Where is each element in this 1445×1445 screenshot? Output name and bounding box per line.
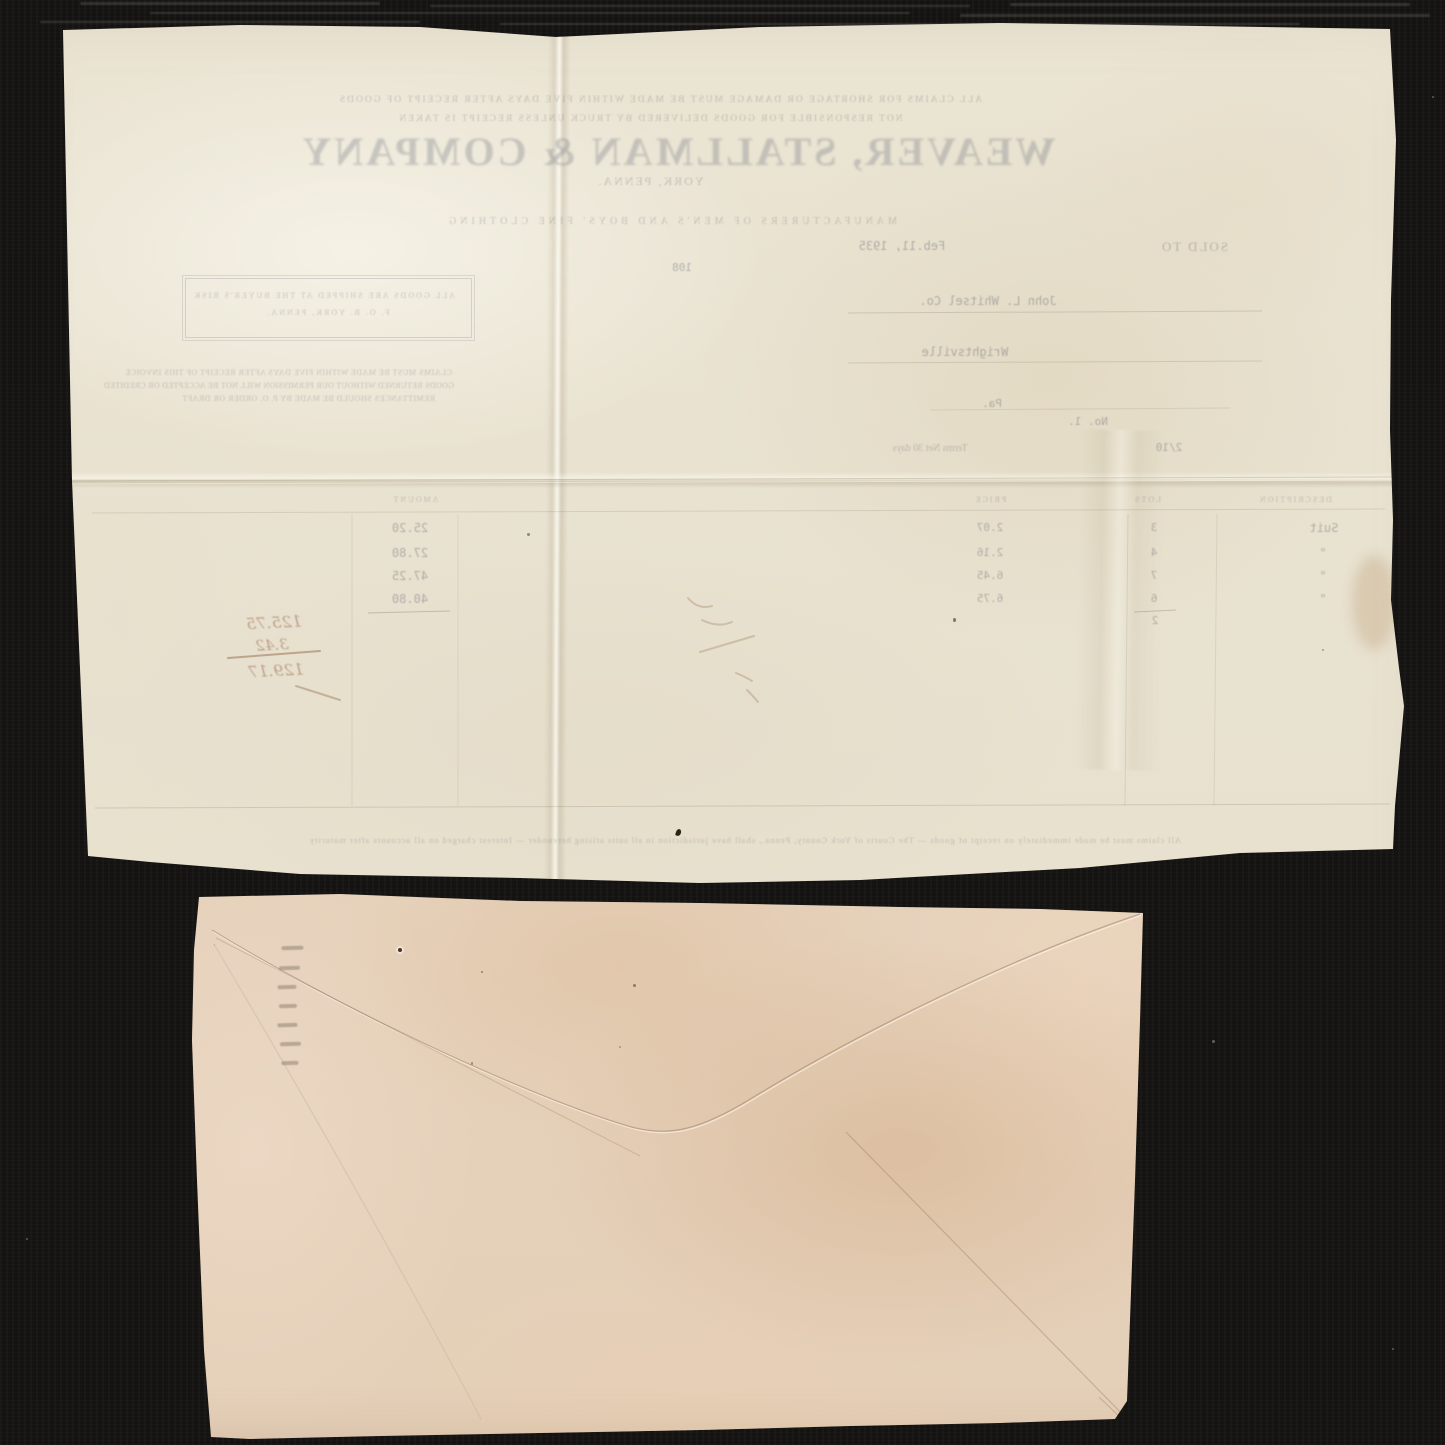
photo-scene: ALL CLAIMS FOR SHORTAGE OR DAMAGE MUST B… <box>0 0 1445 1445</box>
pencil-calc-line: 129.17 <box>230 659 323 683</box>
ghost-lots: 4 <box>1134 546 1174 559</box>
paper-speck <box>953 618 956 622</box>
ghost-price: 6.75 <box>964 592 1016 605</box>
ghost-price: 2.16 <box>964 546 1016 559</box>
cancel-bar <box>279 1004 297 1008</box>
ghost-amount: 47.25 <box>370 569 450 583</box>
ghost-lots-extra: 2 <box>1138 614 1172 627</box>
cancel-bar <box>280 1042 301 1047</box>
paper-speck <box>633 984 636 987</box>
ghost-header-amount: AMOUNT <box>375 495 455 504</box>
ghost-company-name: WEAVER, STALLMAN & COMPANY <box>295 128 1060 175</box>
ghost-guarantee-line-1: ALL GOODS ARE SHIPPED AT THE BUYER'S RIS… <box>200 291 455 300</box>
pencil-calc-line: 3.42 <box>244 635 301 656</box>
ghost-footer: All claims must be made immediately on r… <box>180 835 1310 845</box>
ghost-conditions-2: GOODS RETURNED WITHOUT OUR PERMISSION WI… <box>178 381 454 390</box>
ghost-price: 2.07 <box>964 521 1016 534</box>
cancel-bar <box>277 1023 297 1028</box>
lint-speck <box>26 1238 28 1240</box>
ghost-price: 6.45 <box>964 569 1016 582</box>
corner-fold-crease <box>1099 1397 1124 1421</box>
paper-speck <box>481 971 483 973</box>
ghost-header-price: PRICE <box>955 495 1025 504</box>
lint-speck <box>1392 1348 1394 1350</box>
cancel-bars-show-through <box>268 939 312 1075</box>
ghost-customer-city: Wrightsville <box>890 345 1040 359</box>
ghost-description: Suit <box>1292 521 1356 535</box>
lint-speck <box>1432 96 1434 98</box>
paper-speck <box>619 1046 621 1048</box>
ghost-company-location: YORK, PENNA. <box>560 174 740 189</box>
ghost-amount: 25.20 <box>370 521 450 535</box>
ghost-customer-name: John L. Whitsel Co. <box>893 294 1083 308</box>
ghost-description-ditto: " <box>1308 569 1338 583</box>
ghost-ship-mark: No. 1. <box>1058 415 1118 428</box>
ghost-top-notice-1: ALL CLAIMS FOR SHORTAGE OR DAMAGE MUST B… <box>230 95 1090 105</box>
top-flap-crease <box>212 914 1140 1131</box>
fabric-streak <box>40 21 420 23</box>
ghost-amount: 40.80 <box>370 592 450 606</box>
ghost-sold-to-label: SOLD TO <box>1140 239 1248 255</box>
ghost-conditions-1: CLAIMS MUST BE MADE WITHIN FIVE DAYS AFT… <box>190 368 452 377</box>
paper-speck <box>398 948 402 952</box>
ghost-header-description: DESCRIPTION <box>1235 495 1355 504</box>
fabric-streak <box>960 14 1430 17</box>
fabric-streak <box>150 12 910 14</box>
ghost-conditions-3: REMITTANCES SHOULD BE MADE BY P. O. ORDE… <box>205 394 435 403</box>
pencil-calc-line: 125.75 <box>232 611 317 634</box>
right-flap-crease <box>846 1132 1130 1422</box>
ghost-invoice-date: Feb.11, 1935 <box>852 239 952 253</box>
ghost-order-number: 108 <box>652 261 712 274</box>
ghost-description-ditto: " <box>1308 592 1338 606</box>
fabric-streak <box>1010 3 1410 6</box>
fabric-streak <box>430 5 970 7</box>
left-diagonal-crease <box>214 944 482 1420</box>
ghost-amount: 27.80 <box>370 546 450 560</box>
ghost-header-lots: LOTS <box>1115 495 1179 504</box>
pencil-squiggles <box>688 598 758 702</box>
ghost-top-notice-2: NOT RESPONSIBLE FOR GOODS DELIVERED BY T… <box>260 114 1040 124</box>
cancel-bar <box>277 985 296 989</box>
ghost-tagline: MANUFACTURERS OF MEN'S AND BOYS' FINE CL… <box>330 216 1012 227</box>
ghost-terms-note: 2/10 <box>1133 441 1205 454</box>
ghost-lots: 6 <box>1134 592 1174 605</box>
paper-speck <box>527 533 530 536</box>
lint-speck <box>1212 1040 1215 1043</box>
horizontal-fold-crease <box>63 472 1398 488</box>
ghost-customer-state: Pa. <box>975 397 1009 410</box>
paper-speck <box>471 1062 473 1065</box>
cancel-bar <box>281 946 303 951</box>
ghost-description-ditto: " <box>1308 546 1338 560</box>
ghost-guarantee-line-2: F. O. B. YORK, PENNA. <box>225 308 430 317</box>
paper-speck <box>1322 649 1324 651</box>
ghost-lots: 3 <box>1134 521 1174 534</box>
ghost-terms: Terms Net 30 days <box>845 443 1015 454</box>
cancel-bar <box>281 1061 298 1065</box>
cancel-bar <box>279 966 300 971</box>
edge-stain <box>1352 555 1396 650</box>
fabric-streak <box>80 2 380 5</box>
ghost-lots: 7 <box>1134 569 1174 582</box>
